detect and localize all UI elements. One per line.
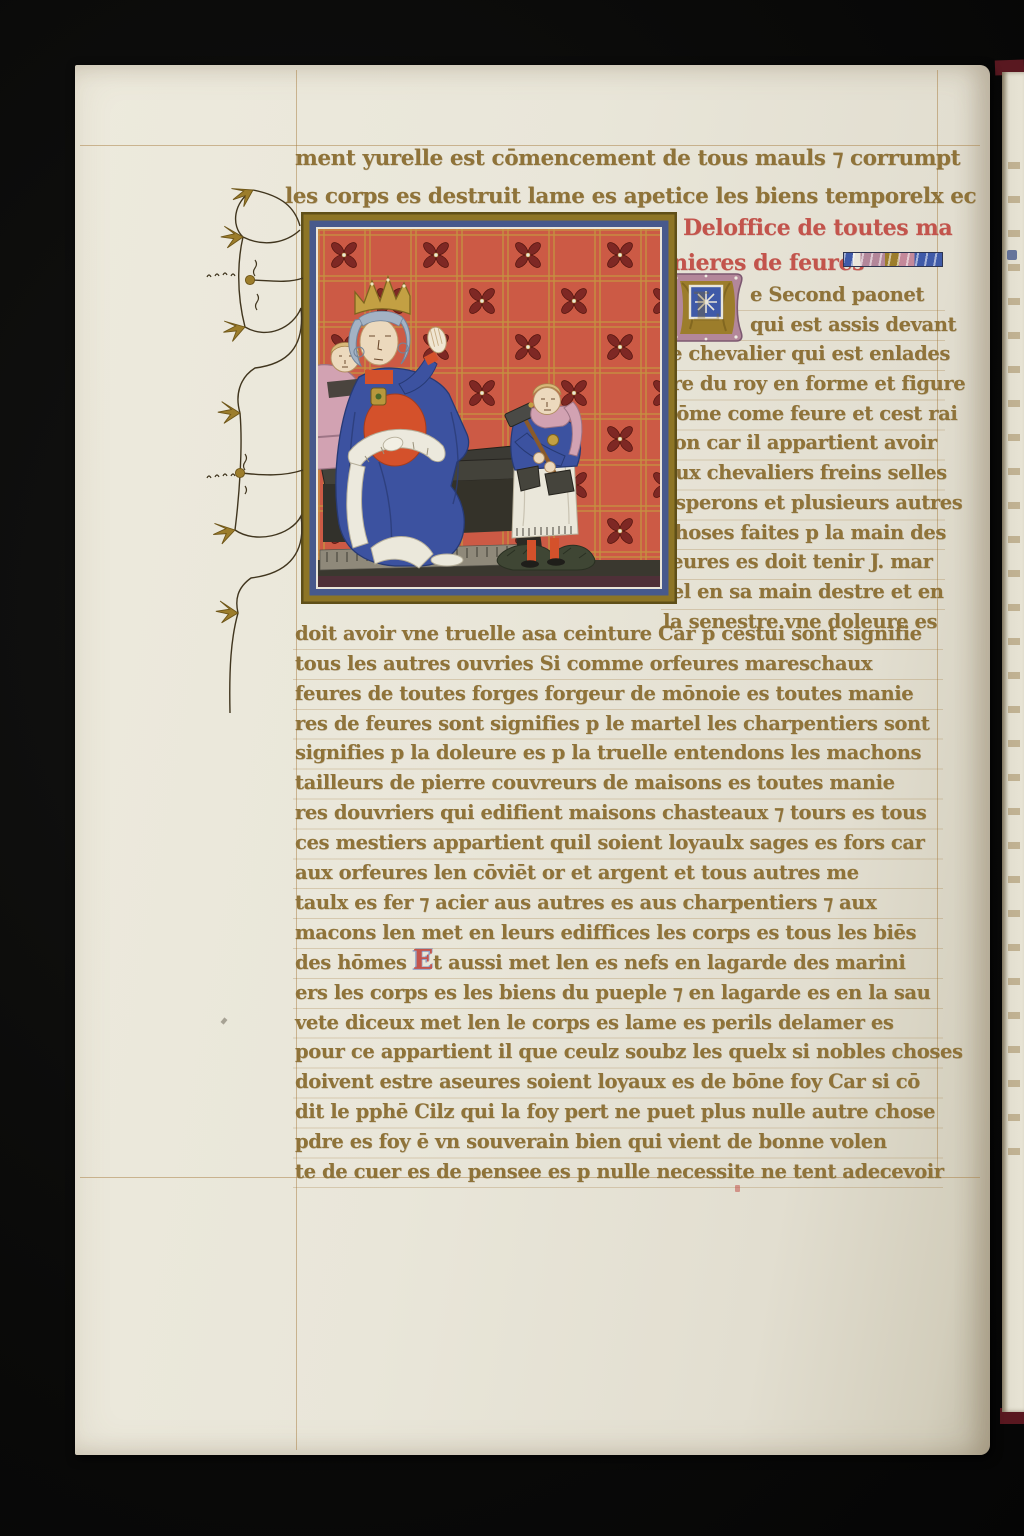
text-line-decorated: des hōmes Et aussi met len es nefs en la… [295,951,905,974]
text-line: res de feures sont signifies p le martel… [295,712,929,735]
next-folio-initial-mark [1007,250,1017,260]
text-line: vete diceux met len le corps es lame es … [295,1011,894,1034]
photo-background: ment yurelle est cōmencement de tous mau… [0,0,1024,1536]
manuscript-page: ment yurelle est cōmencement de tous mau… [75,65,990,1455]
text-line: pdre es foy ē vn souverain bien qui vien… [295,1130,887,1153]
text-line: e Second paonet [750,283,924,306]
text-line: pour ce appartient il que ceulz soubz le… [295,1040,963,1063]
rubric-line: Deloffice de toutes ma [683,215,952,241]
text-line: esperons et plusieurs autres [663,491,962,514]
text-line: signifies p la doleure es p la truelle e… [295,741,921,764]
text-line: aux orfeures len cōviēt or et argent et … [295,861,859,884]
maroon-band [318,576,660,587]
text-line: taulx es fer ⁊ acier aus autres es aus c… [295,891,876,914]
text-line: ers les corps es les biens du pueple ⁊ e… [295,981,930,1004]
text-line: dōme come feure et cest rai [663,402,957,425]
miniature [301,212,677,604]
illuminated-initial: L [666,271,746,344]
text-line: choses faites p la main des [663,521,946,544]
red-pen-mark [735,1185,740,1192]
text-line: tel en sa main destre et en [663,580,944,603]
miniature-illustration [301,212,677,604]
text-line: te de cuer es de pensee es p nulle neces… [295,1160,944,1183]
text-line: doit avoir vne truelle asa ceinture Car … [295,622,922,645]
text-line: dit le pphē Cilz qui la foy pert ne puet… [295,1100,935,1123]
text-line: tailleurs de pierre couvreurs de maisons… [295,771,895,794]
text-line: feures de toutes forges forgeur de mōnoi… [295,682,913,705]
ink-squiggles [207,260,259,494]
penwork-initial: E [413,945,433,976]
text-line: doivent estre aseures soient loyaux es d… [295,1070,920,1093]
text-line: feures es doit tenir J. mar [663,550,933,573]
next-folio-text-fragments [1008,162,1020,1182]
vine-stems [230,190,303,713]
initial-letter: L [666,271,746,344]
axe-tool [517,466,540,491]
margin-speck [221,1017,228,1024]
text-line: ment yurelle est cōmencement de tous mau… [295,146,960,171]
smith-hand [534,453,545,464]
text-line: ces mestiers appartient quil soient loya… [295,831,925,854]
text-line: macons len met en leurs ediffices les co… [295,921,916,944]
margin-decoration [195,168,310,728]
rubric-line-filler [843,252,943,267]
next-folio-edge [1002,72,1024,1412]
text-fragment: des hōmes [295,951,413,974]
text-line: tre du roy en forme et figure [663,372,965,395]
text-line: les corps es destruit lame es apetice le… [285,184,976,209]
text-line: tous les autres ouvries Si comme orfeure… [295,652,872,675]
text-fragment: t aussi met len es nefs en lagarde des m… [433,951,905,974]
text-line: son car il appartient avoir [663,431,937,454]
gold-boss [548,435,559,446]
text-line: aux chevaliers freins selles [663,461,947,484]
text-line: res douvriers qui edifient maisons chast… [295,801,926,824]
text-line: qui est assis devant [750,313,956,336]
ivy-spray [195,168,310,728]
text-line: le chevalier qui est enlades [663,342,950,365]
